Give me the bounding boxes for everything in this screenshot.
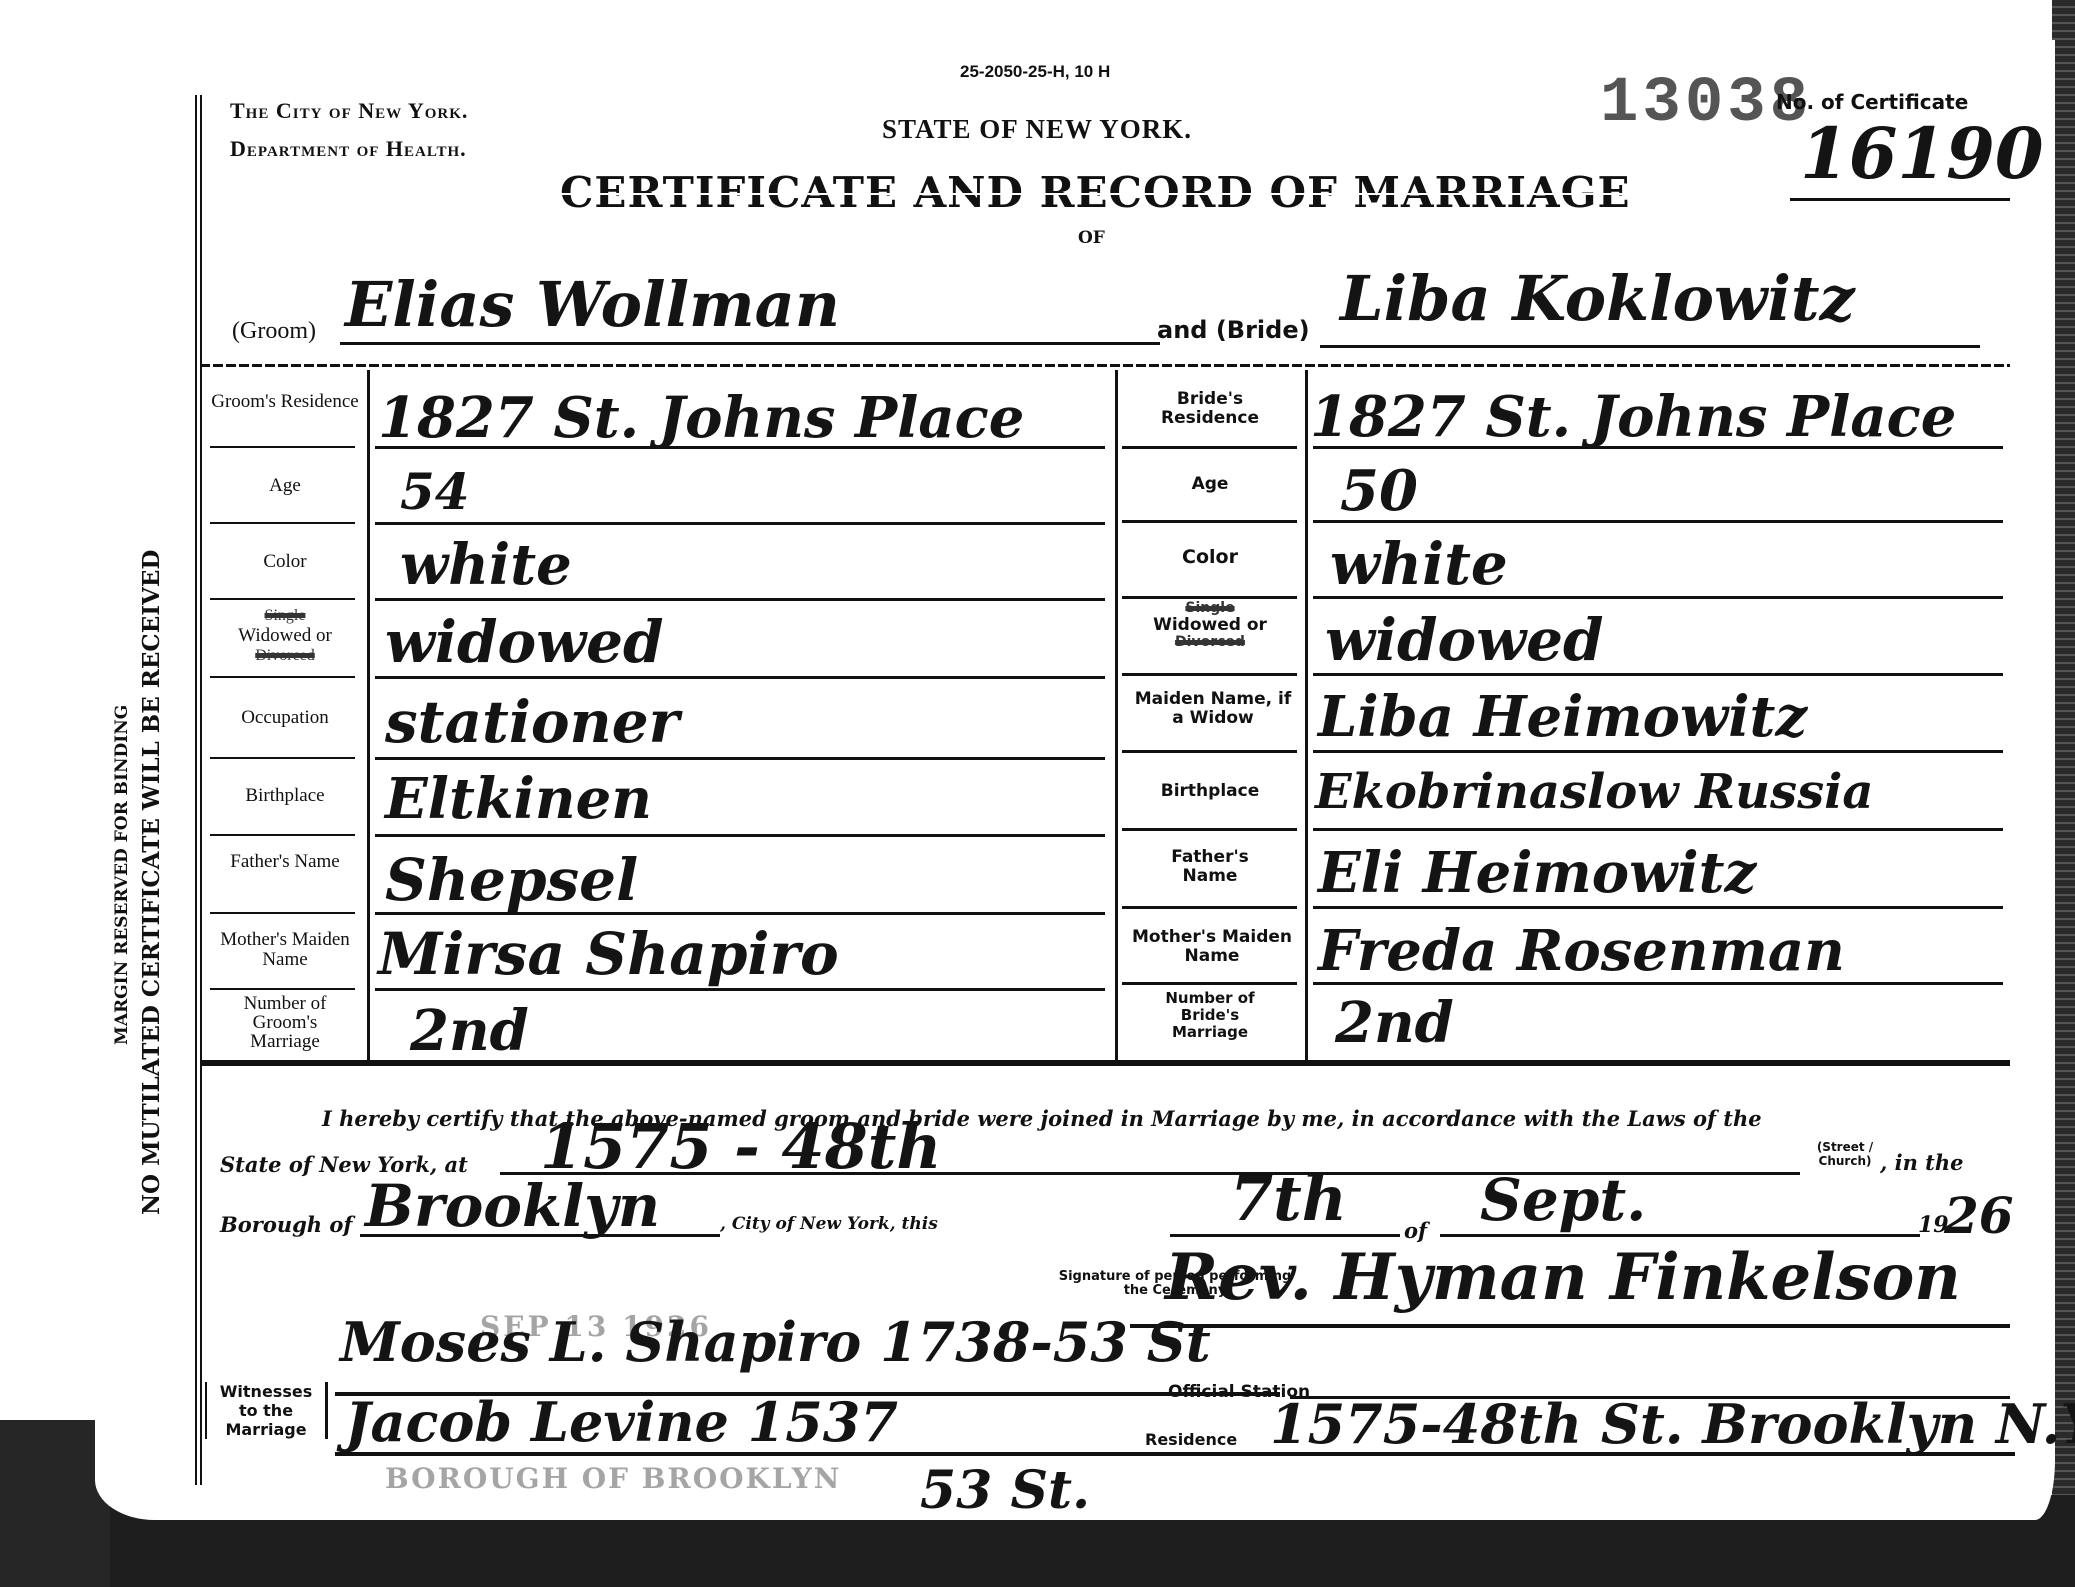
street-church-note: (Street / Church)	[1805, 1140, 1885, 1168]
bride-marital-status-label: Single Widowed or Divorced	[1125, 600, 1295, 651]
bride-color-label: Color	[1125, 548, 1295, 567]
row-rule	[1122, 906, 1297, 909]
city-name: The City of New York.	[230, 98, 468, 124]
row-rule	[1122, 673, 1297, 676]
bride-father-label: Father's Name	[1155, 848, 1265, 886]
margin-binding-note: MARGIN RESERVED FOR BINDING	[112, 705, 132, 1045]
row-rule	[210, 522, 355, 524]
row-rule	[375, 676, 1105, 679]
day-line	[1170, 1234, 1400, 1237]
struck-divorced: Divorced	[210, 646, 360, 666]
widowed-or: Widowed or	[210, 626, 360, 646]
document-title: CERTIFICATE AND RECORD OF MARRIAGE	[560, 168, 1631, 217]
row-rule	[1122, 982, 1297, 985]
row-rule	[375, 522, 1105, 525]
groom-color-label: Color	[210, 552, 360, 572]
groom-color: white	[400, 532, 572, 598]
row-rule	[210, 598, 355, 600]
groom-birthplace: Eltkinen	[385, 766, 652, 832]
bride-maiden-name-label: Maiden Name, if a Widow	[1128, 690, 1298, 728]
cert-number-underline	[1790, 198, 2010, 201]
row-rule	[210, 446, 355, 448]
groom-label: (Groom)	[232, 318, 316, 345]
groom-residence: 1827 St. Johns Place	[378, 385, 1024, 451]
witness-2: Jacob Levine 1537	[345, 1390, 898, 1454]
row-rule	[210, 988, 355, 990]
groom-marriage-number-label: Number of Groom's Marriage	[220, 994, 350, 1051]
title-of: OF	[1078, 228, 1105, 248]
witness-2-continuation: 53 St.	[920, 1460, 1090, 1521]
state-heading: STATE OF NEW YORK.	[882, 114, 1192, 145]
groom-name: Elias Wollman	[345, 268, 840, 341]
groom-age-label: Age	[210, 476, 360, 496]
month-line	[1440, 1234, 1920, 1237]
struck-divorced: Divorced	[1125, 634, 1295, 651]
row-rule	[1122, 750, 1297, 753]
struck-single: Single	[210, 606, 360, 626]
bride-birthplace-label: Birthplace	[1125, 782, 1295, 801]
widowed-or: Widowed or	[1125, 617, 1295, 634]
bride-mother-name: Freda Rosenman	[1318, 918, 1845, 984]
margin-rule	[195, 95, 197, 1485]
row-rule	[210, 676, 355, 678]
row-rule	[1122, 446, 1297, 449]
scan-background-right	[2052, 0, 2075, 1587]
borough-stamp: BOROUGH OF BROOKLYN	[385, 1462, 841, 1495]
row-rule	[375, 757, 1105, 760]
row-rule	[375, 988, 1105, 991]
bride-label-divider	[1305, 370, 1308, 1065]
scan-background-left	[0, 1420, 110, 1587]
witnesses-label: Witnesses to the Marriage	[205, 1382, 328, 1439]
bride-marital-status: widowed	[1325, 606, 1604, 674]
groom-name-line	[340, 342, 1160, 345]
city-this-text: , City of New York, this	[720, 1214, 938, 1234]
bride-name: Liba Koklowitz	[1340, 262, 1855, 335]
borough-name: Brooklyn	[365, 1172, 660, 1240]
officiant-signature: Rev. Hyman Finkelson	[1165, 1240, 1961, 1315]
struck-single: Single	[1125, 600, 1295, 617]
groom-age: 54	[400, 462, 470, 521]
residence-line	[1235, 1452, 2015, 1456]
row-rule	[375, 598, 1105, 601]
groom-occupation: stationer	[385, 688, 679, 756]
officiant-residence: 1575-48th St. Brooklyn N.Y.	[1270, 1392, 2075, 1456]
row-rule	[1122, 828, 1297, 831]
table-top-rule	[200, 364, 2010, 367]
row-rule	[1313, 906, 2003, 909]
witness-2-line	[335, 1452, 1280, 1456]
row-rule	[210, 757, 355, 759]
groom-father-label: Father's Name	[230, 852, 340, 872]
groom-father-name: Shepsel	[385, 846, 638, 914]
groom-birthplace-label: Birthplace	[210, 786, 360, 806]
borough-prefix: Borough of	[220, 1212, 352, 1237]
bride-color: white	[1330, 530, 1508, 598]
in-the-text: , in the	[1880, 1150, 1964, 1175]
bride-marriage-number: 2nd	[1335, 990, 1454, 1056]
row-rule	[210, 912, 355, 914]
groom-label-divider	[367, 370, 370, 1065]
bride-marriage-number-label: Number of Bride's Marriage	[1150, 990, 1270, 1041]
bride-label: and (Bride)	[1157, 316, 1310, 344]
certification-statement: I hereby certify that the above-named gr…	[322, 1106, 1762, 1131]
row-rule	[1122, 520, 1297, 523]
residence-label: Residence	[1145, 1430, 1237, 1449]
ceremony-month: Sept.	[1480, 1166, 1646, 1234]
bride-age-label: Age	[1125, 475, 1295, 494]
ceremony-year: 26	[1944, 1186, 2014, 1245]
department-name: Department of Health.	[230, 136, 467, 162]
groom-marital-status-label: Single Widowed or Divorced	[210, 606, 360, 666]
bride-residence: 1827 St. Johns Place	[1310, 384, 1956, 450]
groom-mother-name: Mirsa Shapiro	[378, 920, 839, 988]
scanned-page: MARGIN RESERVED FOR BINDING NO MUTILATED…	[0, 0, 2075, 1587]
bride-maiden-name: Liba Heimowitz	[1318, 684, 1807, 750]
row-rule	[210, 834, 355, 836]
groom-mother-label: Mother's Maiden Name	[210, 930, 360, 970]
groom-marriage-number: 2nd	[410, 998, 529, 1064]
bride-birthplace: Ekobrinaslow Russia	[1315, 764, 1873, 820]
row-rule	[1122, 596, 1297, 599]
row-rule	[1313, 750, 2003, 753]
borough-line	[360, 1234, 720, 1237]
row-rule	[375, 834, 1105, 837]
bride-name-line	[1320, 345, 1980, 348]
groom-residence-label: Groom's Residence	[210, 392, 360, 412]
bride-age: 50	[1340, 458, 1418, 524]
center-divider	[1115, 370, 1118, 1065]
signature-line	[1130, 1324, 2010, 1328]
margin-rule	[200, 95, 202, 1485]
certificate-number-label: No. of Certificate	[1776, 90, 1968, 114]
groom-marital-status: widowed	[385, 608, 664, 676]
bride-mother-label: Mother's Maiden Name	[1122, 928, 1302, 966]
certificate-number: 16190	[1800, 112, 2044, 195]
row-rule	[1313, 828, 2003, 831]
ceremony-day: 7th	[1230, 1162, 1347, 1235]
bride-father-name: Eli Heimowitz	[1318, 840, 1756, 906]
witness-1: Moses L. Shapiro 1738-53 St	[340, 1310, 1211, 1374]
groom-occupation-label: Occupation	[210, 708, 360, 728]
margin-mutilation-warning: NO MUTILATED CERTIFICATE WILL BE RECEIVE…	[138, 550, 165, 1215]
form-number: 25-2050-25-H, 10 H	[960, 62, 1110, 82]
bride-residence-label: Bride's Residence	[1125, 390, 1295, 428]
